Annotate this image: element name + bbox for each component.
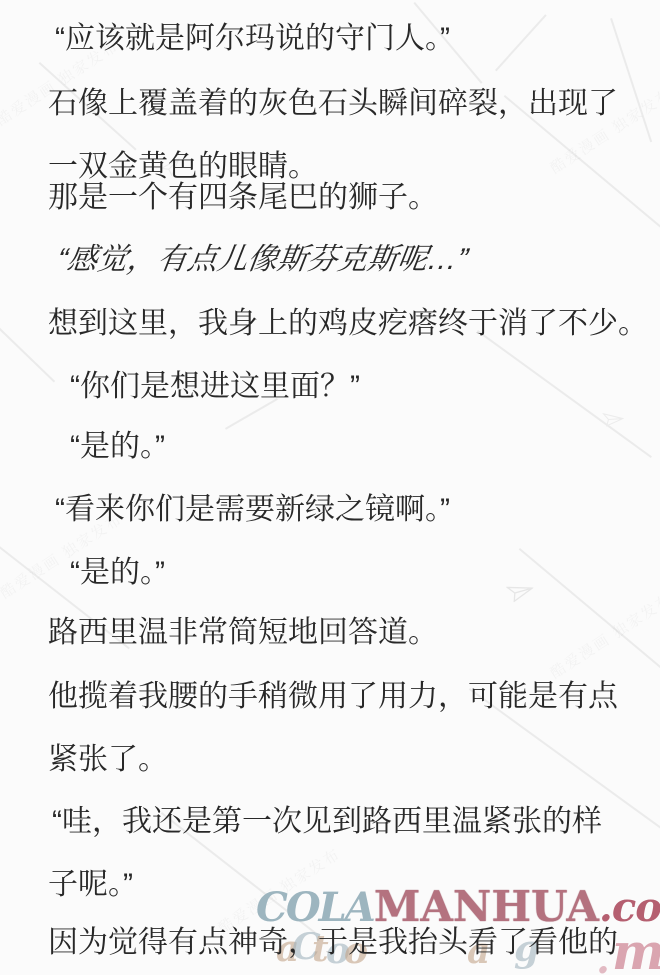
watermark-dotcom: .com (599, 884, 660, 931)
text-line: 想到这里，我身上的鸡皮疙瘩终于消了不少。 (48, 307, 648, 341)
text-line: 子呢。” (48, 868, 133, 902)
text-line: “是的。” (70, 430, 165, 464)
text-line: 一双金黄色的眼睛。 (48, 150, 318, 184)
paper-plane-icon (597, 408, 624, 433)
watermark-line (495, 14, 547, 71)
watermark-cola: COLA (256, 884, 374, 931)
text-line: 他揽着我腰的手稍微用了用力，可能是有点 (48, 680, 618, 714)
faint-stamp: 酷爱漫画 独家发布 (546, 588, 660, 683)
text-line: “应该就是阿尔玛说的守门人。” (55, 22, 450, 56)
watermark-line (0, 322, 55, 382)
watermark-line (519, 548, 660, 691)
paper-plane-icon (503, 579, 534, 606)
text-line: 那是一个有四条尾巴的狮子。 (48, 181, 438, 215)
text-line: “哇，我还是第一次见到路西里温紧张的样 (52, 805, 602, 839)
text-line: 路西里温非常简短地回答道。 (48, 616, 438, 650)
text-line: “你们是想进这里面？” (70, 370, 360, 404)
site-watermark: COLA MANHUA .com (256, 882, 660, 931)
novel-reader-page: 酷爱漫画 独家发布 酷爱漫画 独家发布 酷爱漫画 独家发布 酷爱漫画 独家发布 … (0, 0, 660, 975)
text-line: 石像上覆盖着的灰色石头瞬间碎裂，出现了 (48, 87, 618, 121)
text-line: 因为觉得有点神奇，于是我抬头看了看他的 (48, 926, 618, 960)
watermark-manhua: MANHUA (374, 882, 599, 931)
text-line-italic: “感觉，有点儿像斯芬克斯呢…” (55, 243, 470, 277)
text-line: 紧张了。 (48, 743, 168, 777)
text-line: “看来你们是需要新绿之镜啊。” (55, 493, 450, 527)
text-line: “是的。” (70, 556, 165, 590)
watermark-line (477, 330, 652, 458)
watermark-line (610, 18, 652, 142)
